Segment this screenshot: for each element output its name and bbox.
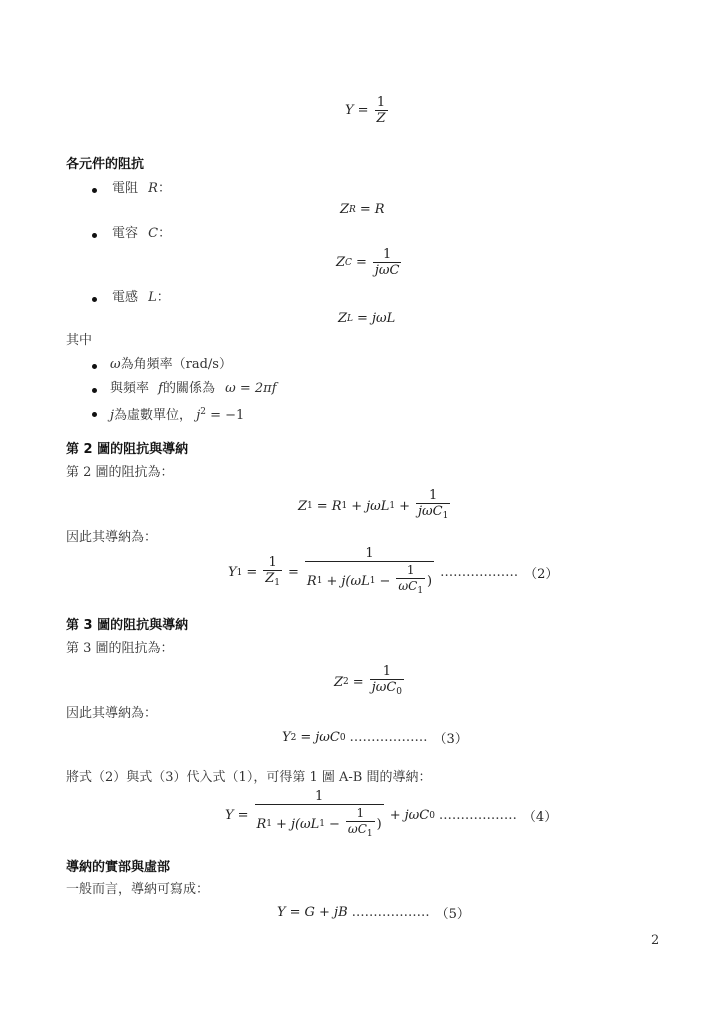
heading-fig3-impedance-admittance: 第 3 圖的阻抗與導納	[66, 618, 188, 634]
list-item-imaginary-unit: j為虛數單位， j2 = −1	[110, 404, 244, 424]
equation-z-c: ZC= 1jωC	[336, 247, 403, 278]
fig3-intro: 第 3 圖的阻抗為：	[66, 641, 174, 657]
list-item-resistor: 電阻 R：	[112, 181, 171, 197]
equation-z1: Z1= R1+ jωL1+ 1jωC1	[298, 488, 452, 524]
denominator: Z	[375, 110, 388, 126]
page-number: 2	[651, 933, 659, 949]
heading-fig2-impedance-admittance: 第 2 圖的阻抗與導納	[66, 442, 188, 458]
equation-y-g-jb: Y=G + jB ………………（5）	[277, 903, 470, 922]
where-label: 其中	[66, 333, 92, 349]
fig3-therefore: 因此其導納為：	[66, 706, 157, 722]
equation-y2: Y2= jωC0 ………………（3）	[282, 728, 468, 747]
item-label: 電阻	[112, 181, 138, 196]
eq-lhs: Y	[345, 103, 354, 118]
fig2-therefore: 因此其導納為：	[66, 530, 157, 546]
list-item-omega: ω為角頻率（rad/s）	[110, 357, 232, 373]
item-symbol: R	[148, 181, 158, 196]
equation-y1: Y1= 1Z1 = 1 R1+j(ωL1− 1ωC1) ………………（2）	[228, 546, 558, 599]
substitution-text: 將式（2）與式（3）代入式（1），可得第 1 圖 A-B 間的導納：	[66, 770, 431, 786]
bullet-icon	[92, 188, 97, 193]
list-item-capacitor: 電容 C：	[112, 226, 171, 242]
real-imag-intro: 一般而言，導納可寫成：	[66, 882, 209, 898]
equation-z-r: ZR=R	[340, 202, 385, 217]
bullet-icon	[92, 233, 97, 238]
equation-admittance-definition: Y= 1Z	[345, 95, 390, 126]
bullet-icon	[92, 364, 97, 369]
bullet-icon	[92, 412, 97, 417]
equation-z2: Z2= 1jωC0	[334, 664, 406, 700]
list-item-inductor: 電感 L：	[112, 290, 170, 306]
heading-real-imaginary: 導納的實部與虛部	[66, 860, 170, 876]
bullet-icon	[92, 388, 97, 393]
numerator: 1	[375, 95, 387, 110]
bullet-icon	[92, 297, 97, 302]
equation-y-total: Y= 1 R1+j(ωL1− 1ωC1) +jωC0 ………………（4）	[225, 789, 557, 842]
fig2-intro: 第 2 圖的阻抗為：	[66, 465, 174, 481]
heading-component-impedance: 各元件的阻抗	[66, 157, 144, 173]
equation-z-l: ZL=jωL	[338, 311, 395, 326]
list-item-frequency-relation: 與頻率 f的關係為 ω = 2πf	[110, 381, 277, 397]
fraction: 1Z	[375, 95, 388, 126]
